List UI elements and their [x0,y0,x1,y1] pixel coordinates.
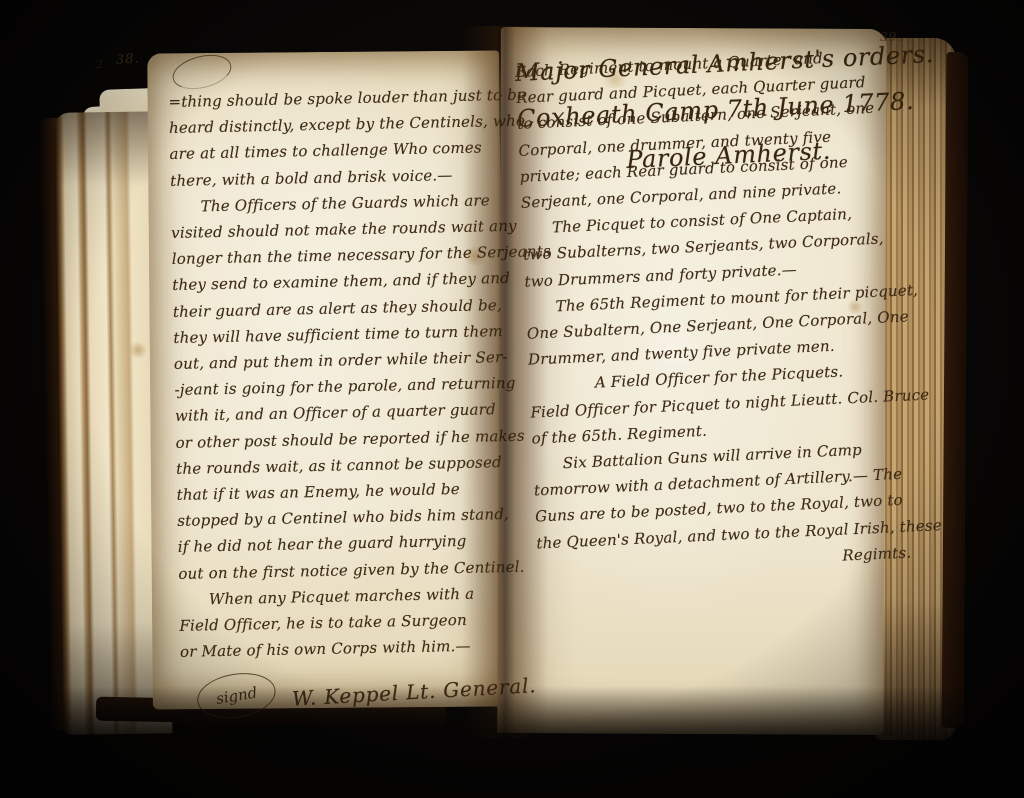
ghost-page-number: 2 [95,58,104,72]
manuscript-line: or Mate of his own Corps with him.— [180,632,516,665]
manuscript-photo: 2 38. 39. =thing should be spoke louder … [0,0,1024,798]
signed-circle-annotation: signd [194,668,279,724]
right-page-text: Major General Amherst's orders.Coxheath … [514,33,918,583]
signature-row: signd W. Keppel Lt. General. [196,668,517,719]
left-page-lines: =thing should be spoke louder than just … [168,82,516,665]
left-page-text: =thing should be spoke louder than just … [168,73,517,719]
orders-heading: Major General Amherst's orders.Coxheath … [514,31,939,188]
signature-keppel: W. Keppel Lt. General. [292,674,538,712]
left-page-number: 38. [116,51,141,68]
book-cover-right-edge [942,52,969,728]
